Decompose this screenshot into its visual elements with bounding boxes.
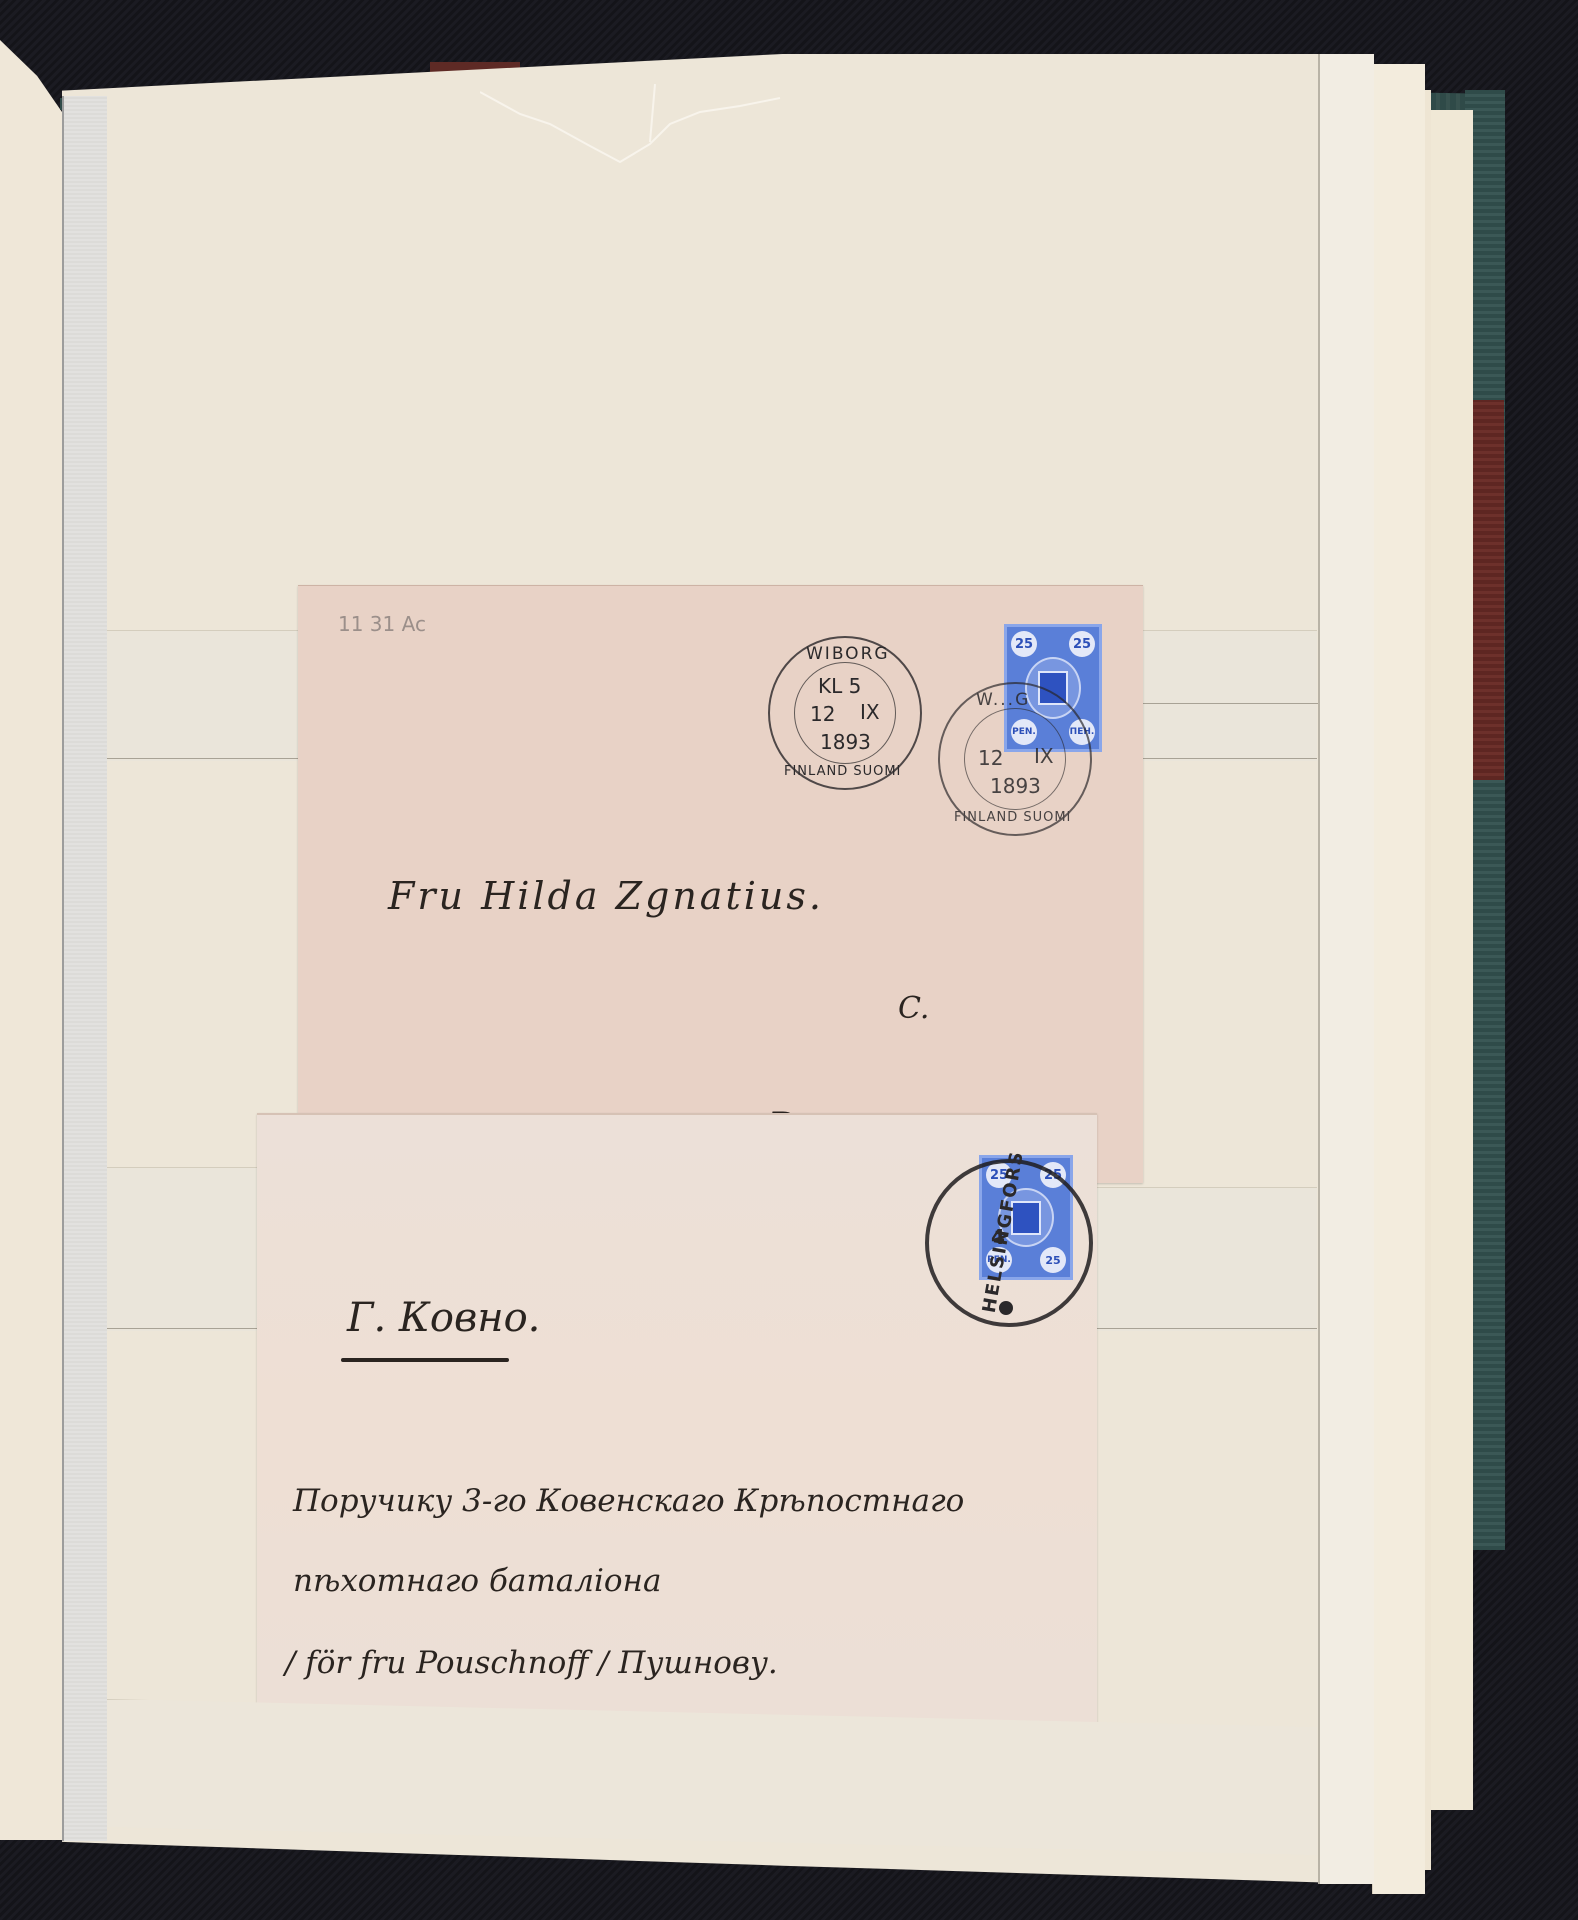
postmark-wiborg-right: W...G 12 IX 1893 FINLAND SUOMI (938, 682, 1092, 836)
page-stack-leaf (1372, 64, 1425, 1894)
holder-strip-right-line (1143, 703, 1318, 704)
postmark-wiborg-left: WIBORG KL 5 12 IX 1893 FINLAND SUOMI (768, 636, 922, 790)
holder-strip-middle-line (1097, 1328, 1317, 1329)
page-hinge-strip (62, 96, 107, 1841)
address-line: пѣхотнаго баталіона (293, 1563, 661, 1599)
album-binding-corner-patch (1468, 400, 1504, 780)
address-recipient-line: Fru Hilda Zgnatius. (388, 874, 824, 918)
page-crease-mark (480, 84, 800, 164)
address-line: / för fru Pouschnoff / Пушнову. (285, 1645, 778, 1681)
page-right-margin (1318, 54, 1374, 1884)
holder-strip-middle-line (107, 1328, 257, 1329)
address-mark: C. (898, 991, 929, 1026)
destination-city: Г. Ковно. (347, 1295, 540, 1341)
address-line: Поручику 3-го Ковенскаго Крѣпостнаго (293, 1483, 964, 1519)
left-facing-page (0, 40, 62, 1840)
envelope-helsingfors: 25 25 PEN. 25 HELSINGFORS 4 Г. Ковно. По… (257, 1113, 1097, 1729)
pencil-catalogue-note: 11 31 Ac (338, 612, 426, 636)
holder-strip-middle (107, 1167, 257, 1331)
envelope-wiborg: 11 31 Ac WIBORG KL 5 12 IX 1893 FINLAND … (298, 585, 1143, 1183)
holder-strip-middle-right (1097, 1187, 1317, 1331)
postmark-helsingfors: HELSINGFORS 4 (925, 1159, 1093, 1327)
postmark-dot (999, 1301, 1013, 1315)
destination-underline (341, 1358, 509, 1362)
